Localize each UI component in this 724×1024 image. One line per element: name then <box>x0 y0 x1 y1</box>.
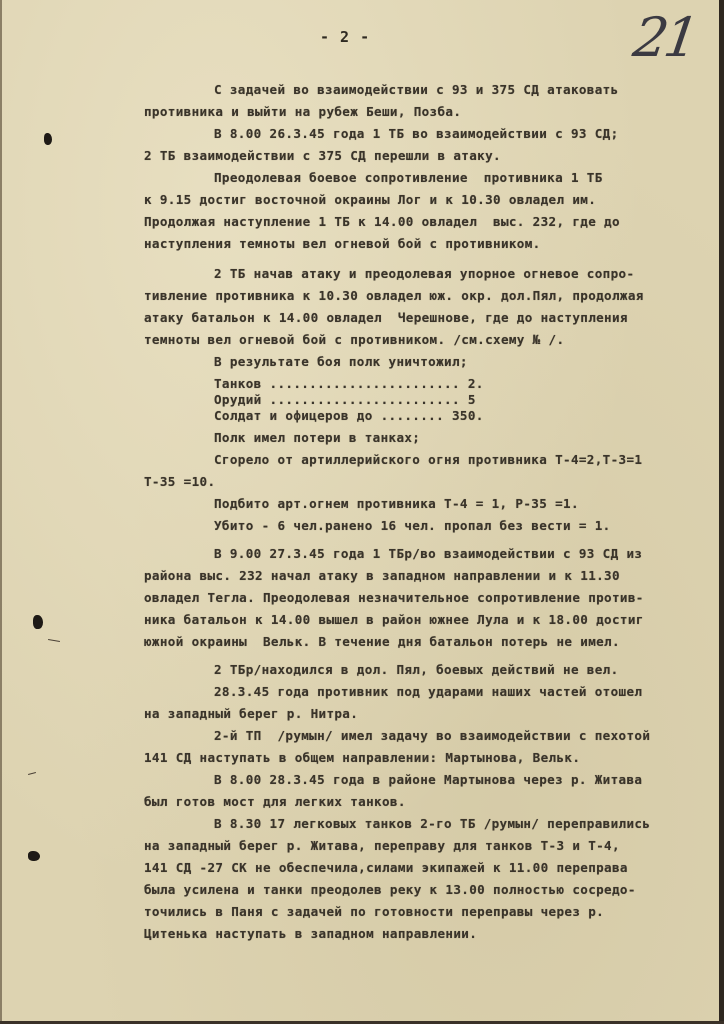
text-line: С задачей во взаимодействии с 93 и 375 С… <box>214 82 619 98</box>
text-line: Т-35 =10. <box>144 474 215 490</box>
text-line: В 8.30 17 легковых танков 2-го ТБ /румын… <box>214 816 650 832</box>
text-line: 2 ТБ взаимодействии с 375 СД перешли в а… <box>144 148 501 164</box>
text-line: В 8.00 28.3.45 года в районе Мартынова ч… <box>214 772 642 788</box>
pencil-mark <box>28 772 36 775</box>
text-line: Полк имел потери в танках; <box>214 430 420 446</box>
text-line: была усилена и танки преодолев реку к 13… <box>144 882 636 898</box>
text-line: южной окраины Вельк. В течение дня батал… <box>144 634 620 650</box>
text-line: В 9.00 27.3.45 года 1 ТБр/во взаимодейст… <box>214 546 642 562</box>
text-line: Преодолевая боевое сопротивление противн… <box>214 170 603 186</box>
ink-blot-mark <box>28 851 40 861</box>
text-line: ника батальон к 14.00 вышел в район южне… <box>144 612 644 628</box>
text-line: 2-й ТП /румын/ имел задачу во взаимодейс… <box>214 728 650 744</box>
text-line: наступления темноты вел огневой бой с пр… <box>144 236 541 252</box>
text-line: Продолжая наступление 1 ТБ к 14.00 овлад… <box>144 214 620 230</box>
text-line: Подбито арт.огнем противника Т-4 = 1, Р-… <box>214 496 579 512</box>
page-number: - 2 - <box>320 28 370 46</box>
text-line: Орудий ........................ 5 <box>214 392 476 408</box>
text-line: 28.3.45 года противник под ударами наших… <box>214 684 642 700</box>
text-line: на западный берег р. Житава, переправу д… <box>144 838 620 854</box>
text-line: овладел Тегла. Преодолевая незначительно… <box>144 590 644 606</box>
text-line: тивление противника к 10.30 овладел юж. … <box>144 288 644 304</box>
text-line: 2 ТБр/находился в дол. Пял, боевых дейст… <box>214 662 619 678</box>
text-line: на западный берег р. Нитра. <box>144 706 358 722</box>
text-line: Цитенька наступать в западном направлени… <box>144 926 477 942</box>
text-line: района выс. 232 начал атаку в западном н… <box>144 568 620 584</box>
text-line: к 9.15 достиг восточной окраины Лог и к … <box>144 192 596 208</box>
ink-blot-mark <box>33 615 43 629</box>
text-line: Сгорело от артиллерийского огня противни… <box>214 452 642 468</box>
text-line: 141 СД наступать в общем направлении: Ма… <box>144 750 580 766</box>
text-line: атаку батальон к 14.00 овладел Черешнове… <box>144 310 628 326</box>
text-line: В 8.00 26.3.45 года 1 ТБ во взаимодейств… <box>214 126 619 142</box>
text-line: Убито - 6 чел.ранено 16 чел. пропал без … <box>214 518 611 534</box>
document-page: - 2 - 21 С задачей во взаимодействии с 9… <box>0 0 719 1021</box>
ink-blot-mark <box>44 133 52 145</box>
text-line: был готов мост для легких танков. <box>144 794 406 810</box>
text-line: Танков ........................ 2. <box>214 376 484 392</box>
pencil-mark <box>48 639 60 642</box>
scan-edge <box>719 0 724 1024</box>
text-line: В результате боя полк уничтожил; <box>214 354 468 370</box>
text-line: темноты вел огневой бой с противником. /… <box>144 332 564 348</box>
text-line: противника и выйти на рубеж Беши, Позба. <box>144 104 461 120</box>
text-line: точились в Паня с задачей по готовности … <box>144 904 604 920</box>
text-line: 141 СД -27 СК не обеспечила,силами экипа… <box>144 860 628 876</box>
text-line: 2 ТБ начав атаку и преодолевая упорное о… <box>214 266 634 282</box>
text-line: Солдат и офицеров до ........ 350. <box>214 408 484 424</box>
handwritten-folio-number: 21 <box>630 6 700 69</box>
